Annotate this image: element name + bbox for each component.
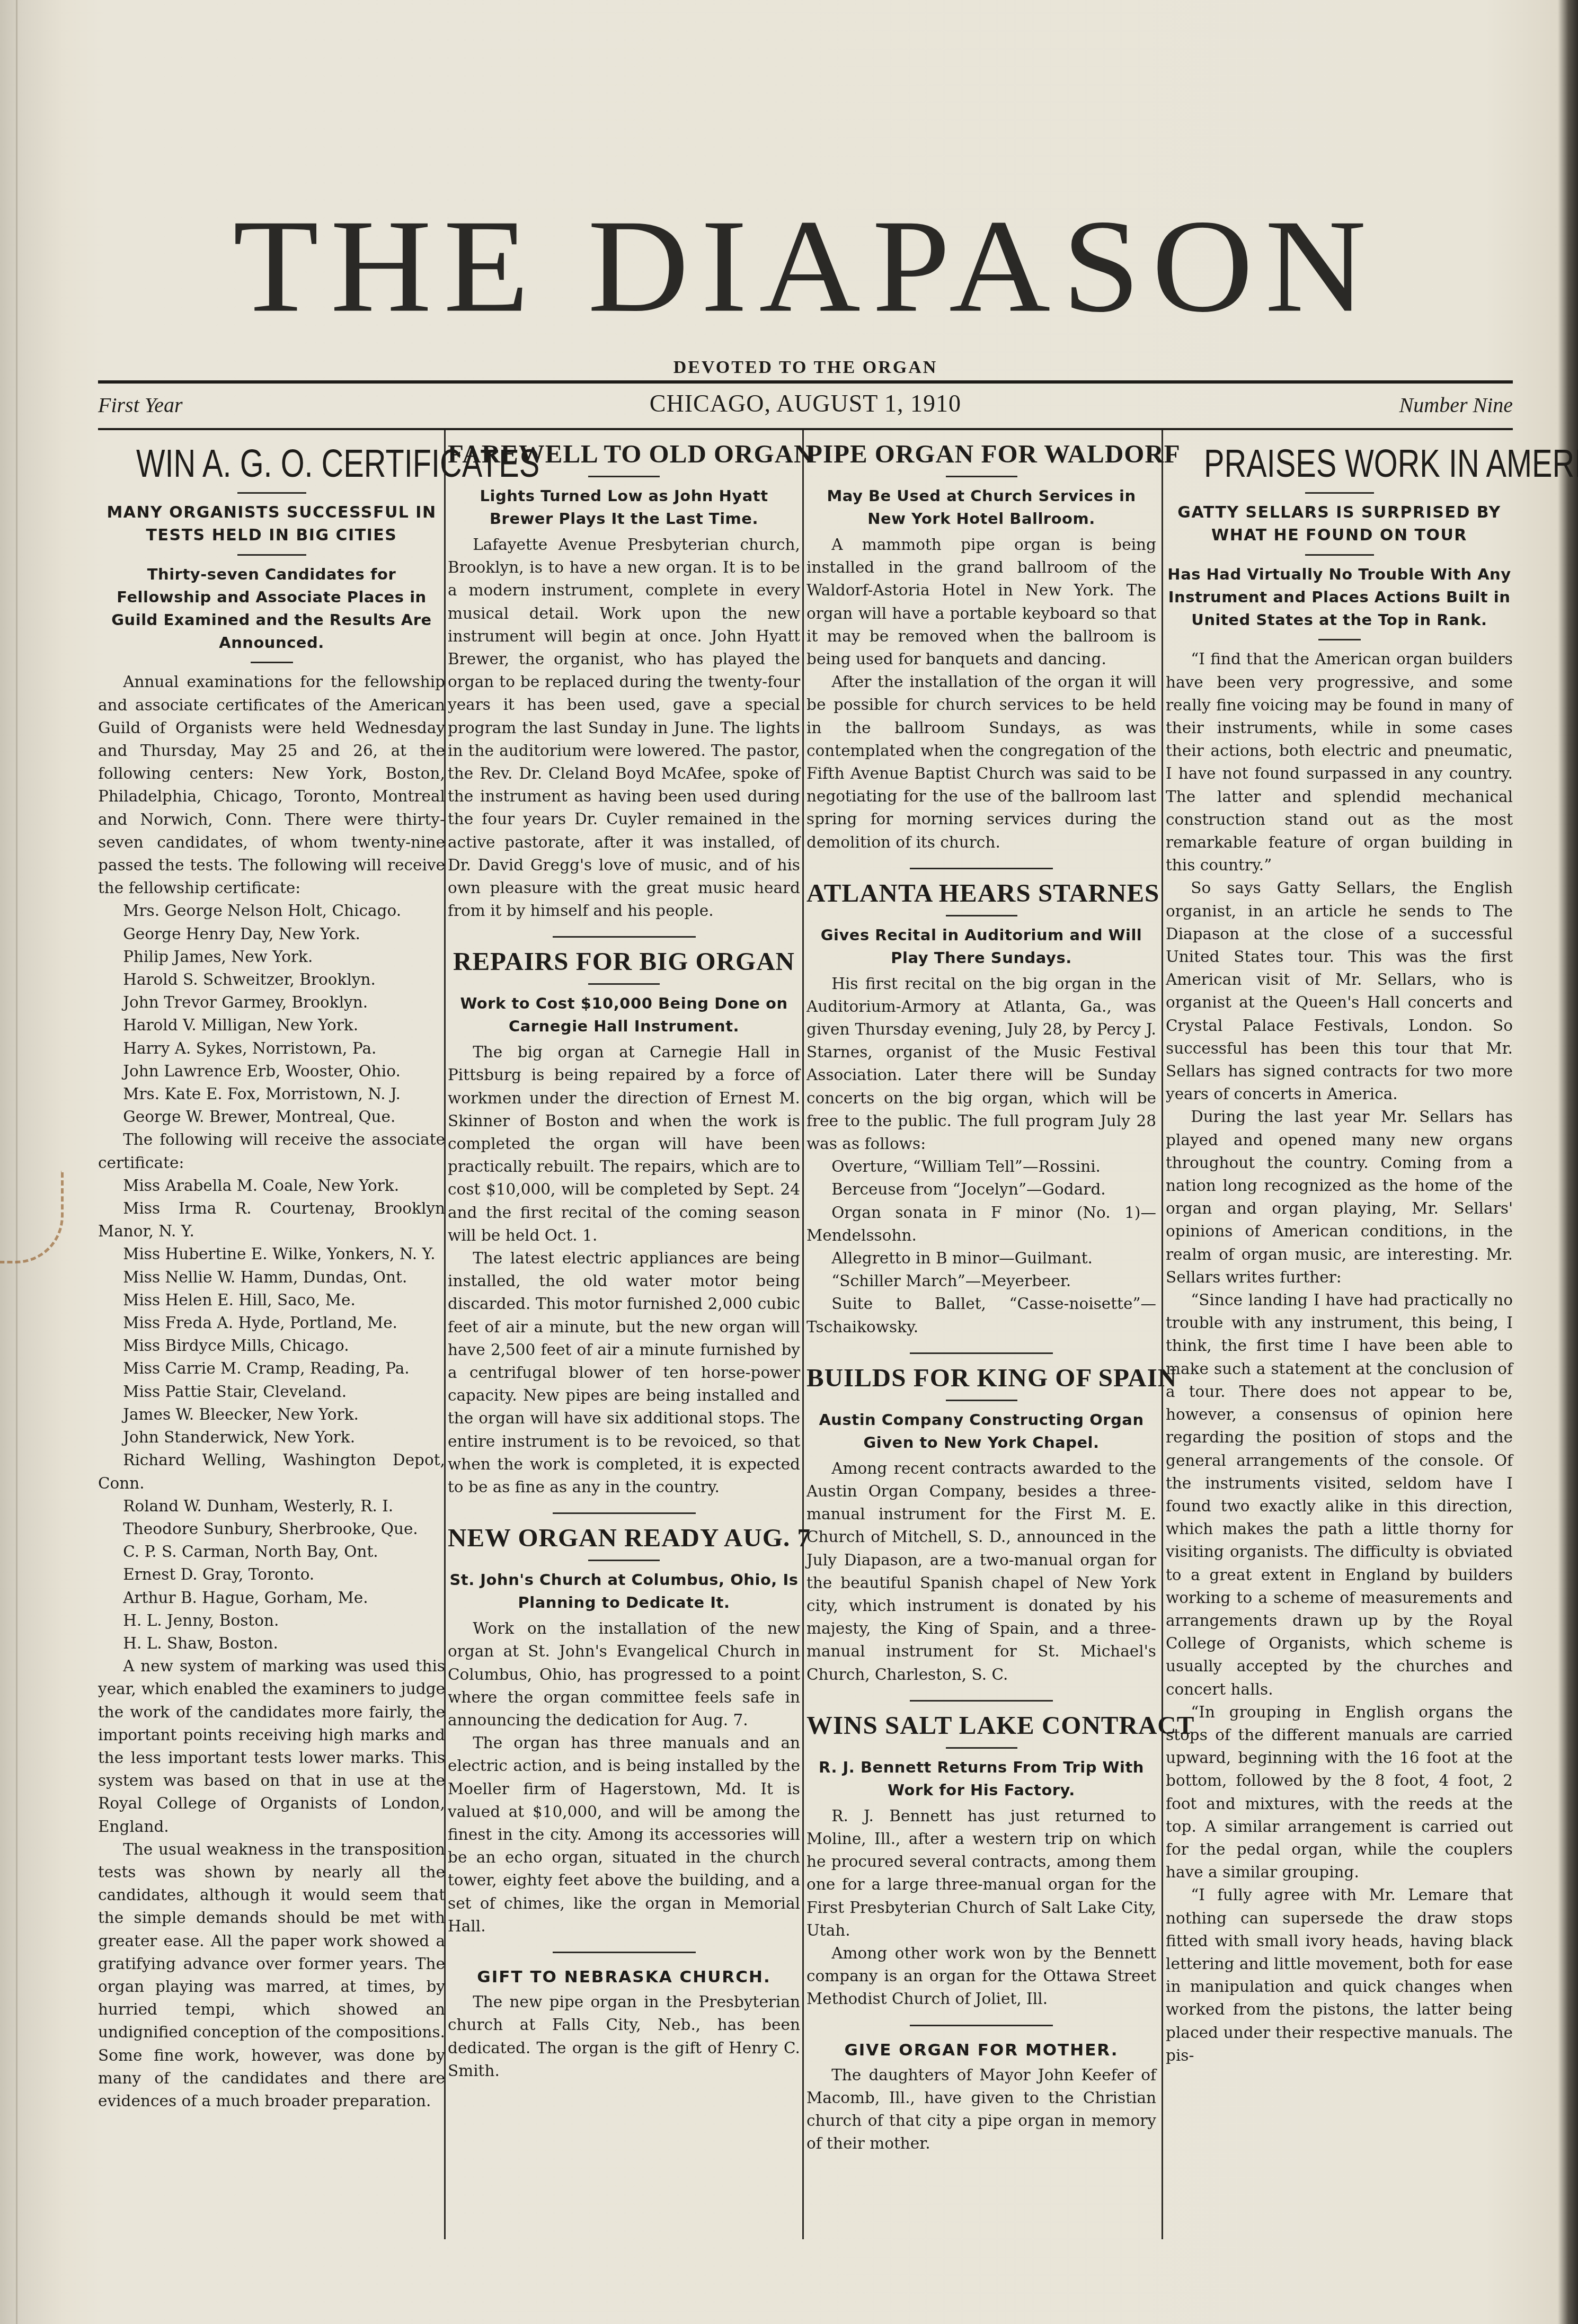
paragraph: The latest electric appliances are being… <box>448 1247 800 1499</box>
fellow-item: Philip James, New York. <box>98 946 445 968</box>
article-separator <box>910 1352 1053 1354</box>
fellow-item: John Trevor Garmey, Brooklyn. <box>98 991 445 1014</box>
article-farewell-old-organ: FAREWELL TO OLD ORGAN Lights Turned Low … <box>448 440 800 922</box>
separator <box>946 1747 1017 1749</box>
associate-item: Miss Pattie Stair, Cleveland. <box>98 1381 445 1403</box>
article-separator <box>910 1700 1053 1702</box>
program-item: Overture, “William Tell”—Rossini. <box>806 1155 1156 1178</box>
associate-item: Miss Carrie M. Cramp, Reading, Pa. <box>98 1357 445 1380</box>
paragraph: The usual weakness in the transposition … <box>98 1838 445 2113</box>
program-item: “Schiller March”—Meyerbeer. <box>806 1270 1156 1293</box>
newspaper-motto: DEVOTED TO THE ORGAN <box>98 358 1513 378</box>
paragraph: Annual examinations for the fellowship a… <box>98 671 445 900</box>
column-divider <box>802 430 804 2239</box>
program-item: Organ sonata in F minor (No. 1)—Mendelss… <box>806 1201 1156 1247</box>
paragraph: A new system of marking was used this ye… <box>98 1655 445 1838</box>
deck: May Be Used at Church Services in New Yo… <box>806 485 1156 530</box>
article-separator <box>910 2025 1053 2026</box>
article-organ-for-mother: GIVE ORGAN FOR MOTHER. The daughters of … <box>806 2039 1156 2156</box>
associate-item: H. L. Shaw, Boston. <box>98 1632 445 1655</box>
paragraph: His first recital on the big organ in th… <box>806 973 1156 1156</box>
paragraph: After the installation of the organ it w… <box>806 671 1156 854</box>
headline: GIVE ORGAN FOR MOTHER. <box>806 2039 1156 2062</box>
deck: St. John's Church at Columbus, Ohio, Is … <box>448 1569 800 1614</box>
paragraph: During the last year Mr. Sellars has pla… <box>1166 1106 1513 1289</box>
separator <box>946 915 1017 916</box>
paragraph: Among recent contracts awarded to the Au… <box>806 1457 1156 1686</box>
separator <box>237 554 306 556</box>
separator <box>1318 639 1361 640</box>
paragraph: The new pipe organ in the Presbyterian c… <box>448 1991 800 2082</box>
paragraph: The daughters of Mayor John Keefer of Ma… <box>806 2064 1156 2156</box>
headline: WIN A. G. O. CERTIFICATES <box>136 442 407 485</box>
fellow-item: Harold S. Schweitzer, Brooklyn. <box>98 968 445 991</box>
associate-item: Miss Irma R. Courtenay, Brooklyn Manor, … <box>98 1197 445 1243</box>
associate-item: Miss Birdyce Mills, Chicago. <box>98 1334 445 1357</box>
program-item: Suite to Ballet, “Casse-noisette”—Tschai… <box>806 1293 1156 1338</box>
deck: Lights Turned Low as John Hyatt Brewer P… <box>448 485 800 530</box>
headline: FAREWELL TO OLD ORGAN <box>448 440 800 468</box>
headline: BUILDS FOR KING OF SPAIN <box>806 1364 1156 1392</box>
associate-item: Arthur B. Hague, Gorham, Me. <box>98 1587 445 1609</box>
separator <box>588 476 660 477</box>
fellow-item: John Lawrence Erb, Wooster, Ohio. <box>98 1060 445 1083</box>
headline: WINS SALT LAKE CONTRACT <box>806 1711 1156 1740</box>
newspaper-title: THE DIAPASON <box>98 200 1513 333</box>
deck: Has Had Virtually No Trouble With Any In… <box>1166 563 1513 631</box>
column-2: FAREWELL TO OLD ORGAN Lights Turned Low … <box>448 430 800 2239</box>
article-king-of-spain: BUILDS FOR KING OF SPAIN Austin Company … <box>806 1364 1156 1686</box>
article-gift-nebraska: GIFT TO NEBRASKA CHURCH. The new pipe or… <box>448 1966 800 2082</box>
paragraph: “I fully agree with Mr. Lemare that noth… <box>1166 1884 1513 2067</box>
issue-number: Number Nine <box>1399 393 1513 417</box>
dateline: First Year CHICAGO, AUGUST 1, 1910 Numbe… <box>98 389 1513 421</box>
associate-item: Miss Arabella M. Coale, New York. <box>98 1174 445 1197</box>
article-new-organ-ready: NEW ORGAN READY AUG. 7 St. John's Church… <box>448 1524 800 1938</box>
headline: NEW ORGAN READY AUG. 7 <box>448 1524 800 1552</box>
separator <box>1305 554 1374 556</box>
article-waldorf: PIPE ORGAN FOR WALDORF May Be Used at Ch… <box>806 440 1156 854</box>
paragraph: So says Gatty Sellars, the English organ… <box>1166 877 1513 1106</box>
program-item: Allegretto in B minor—Guilmant. <box>806 1247 1156 1270</box>
headline: PRAISES WORK IN AMERICA <box>1204 442 1475 485</box>
fellow-item: George Henry Day, New York. <box>98 923 445 946</box>
column-3: PIPE ORGAN FOR WALDORF May Be Used at Ch… <box>806 430 1156 2239</box>
paragraph: Work on the installation of the new orga… <box>448 1617 800 1732</box>
article-separator <box>553 936 696 938</box>
page-tear-mark <box>0 1171 64 1263</box>
associate-item: Roland W. Dunham, Westerly, R. I. <box>98 1495 445 1518</box>
fellow-item: Harry A. Sykes, Norristown, Pa. <box>98 1037 445 1060</box>
article-ago-certificates: WIN A. G. O. CERTIFICATES MANY ORGANISTS… <box>98 442 445 2113</box>
fellow-item: Mrs. Kate E. Fox, Morristown, N. J. <box>98 1083 445 1106</box>
page-binding-shadow <box>16 0 17 2324</box>
paragraph: A mammoth pipe organ is being installed … <box>806 533 1156 671</box>
fellow-item: Mrs. George Nelson Holt, Chicago. <box>98 900 445 922</box>
deck: R. J. Bennett Returns From Trip With Wor… <box>806 1756 1156 1802</box>
headline: PIPE ORGAN FOR WALDORF <box>806 440 1156 468</box>
deck: Gives Recital in Auditorium and Will Pla… <box>806 924 1156 969</box>
associate-item: H. L. Jenny, Boston. <box>98 1609 445 1632</box>
separator <box>946 1400 1017 1401</box>
separator <box>237 492 306 494</box>
associate-item: Ernest D. Gray, Toronto. <box>98 1563 445 1586</box>
deck: MANY ORGANISTS SUCCESSFUL IN TESTS HELD … <box>98 501 445 547</box>
paragraph: “I find that the American organ builders… <box>1166 648 1513 877</box>
paragraph: The organ has three manuals and an elect… <box>448 1732 800 1938</box>
headline: GIFT TO NEBRASKA CHURCH. <box>448 1966 800 1989</box>
deck: Thirty-seven Candidates for Fellowship a… <box>98 563 445 654</box>
article-separator <box>910 868 1053 869</box>
column-4: PRAISES WORK IN AMERICA GATTY SELLARS IS… <box>1166 430 1513 2239</box>
place-date: CHICAGO, AUGUST 1, 1910 <box>98 389 1513 417</box>
article-atlanta-starnes: ATLANTA HEARS STARNES Gives Recital in A… <box>806 879 1156 1339</box>
article-separator <box>553 1952 696 1953</box>
column-1: WIN A. G. O. CERTIFICATES MANY ORGANISTS… <box>98 430 445 2239</box>
deck: GATTY SELLARS IS SURPRISED BY WHAT HE FO… <box>1166 501 1513 547</box>
article-separator <box>553 1512 696 1514</box>
paragraph: R. J. Bennett has just returned to Molin… <box>806 1805 1156 1942</box>
headline: REPAIRS FOR BIG ORGAN <box>448 947 800 976</box>
associate-item: John Standerwick, New York. <box>98 1426 445 1449</box>
column-divider <box>1162 430 1163 2239</box>
paragraph: “Since landing I have had practically no… <box>1166 1289 1513 1701</box>
paragraph: “In grouping in English organs the stops… <box>1166 1701 1513 1884</box>
separator <box>1305 492 1374 494</box>
deck: Austin Company Constructing Organ Given … <box>806 1409 1156 1454</box>
masthead: THE DIAPASON DEVOTED TO THE ORGAN <box>98 175 1513 397</box>
paragraph: Among other work won by the Bennett comp… <box>806 1942 1156 2011</box>
separator <box>588 983 660 985</box>
masthead-rule-top <box>98 380 1513 384</box>
associate-item: Miss Hubertine E. Wilke, Yonkers, N. Y. <box>98 1243 445 1266</box>
program-item: Berceuse from “Jocelyn”—Godard. <box>806 1178 1156 1201</box>
associate-item: C. P. S. Carman, North Bay, Ont. <box>98 1541 445 1563</box>
associate-item: Richard Welling, Washington Depot, Conn. <box>98 1449 445 1494</box>
deck: Work to Cost $10,000 Being Done on Carne… <box>448 992 800 1038</box>
article-repairs-big-organ: REPAIRS FOR BIG ORGAN Work to Cost $10,0… <box>448 947 800 1499</box>
fellow-item: Harold V. Milligan, New York. <box>98 1014 445 1037</box>
associate-item: Miss Nellie W. Hamm, Dundas, Ont. <box>98 1266 445 1289</box>
associate-item: Miss Freda A. Hyde, Portland, Me. <box>98 1312 445 1334</box>
separator <box>588 1560 660 1561</box>
associate-item: James W. Bleecker, New York. <box>98 1403 445 1426</box>
separator <box>251 662 293 663</box>
paragraph: Lafayette Avenue Presbyterian church, Br… <box>448 533 800 922</box>
newspaper-page: THE DIAPASON DEVOTED TO THE ORGAN First … <box>0 0 1578 2324</box>
associate-item: Theodore Sunbury, Sherbrooke, Que. <box>98 1518 445 1541</box>
headline: ATLANTA HEARS STARNES <box>806 879 1156 907</box>
article-salt-lake: WINS SALT LAKE CONTRACT R. J. Bennett Re… <box>806 1711 1156 2011</box>
fellow-item: George W. Brewer, Montreal, Que. <box>98 1106 445 1128</box>
separator <box>946 476 1017 477</box>
article-praises-america: PRAISES WORK IN AMERICA GATTY SELLARS IS… <box>1166 442 1513 2067</box>
associate-item: Miss Helen E. Hill, Saco, Me. <box>98 1289 445 1312</box>
paragraph: The big organ at Carnegie Hall in Pittsb… <box>448 1041 800 1247</box>
paragraph: The following will receive the associate… <box>98 1128 445 1174</box>
